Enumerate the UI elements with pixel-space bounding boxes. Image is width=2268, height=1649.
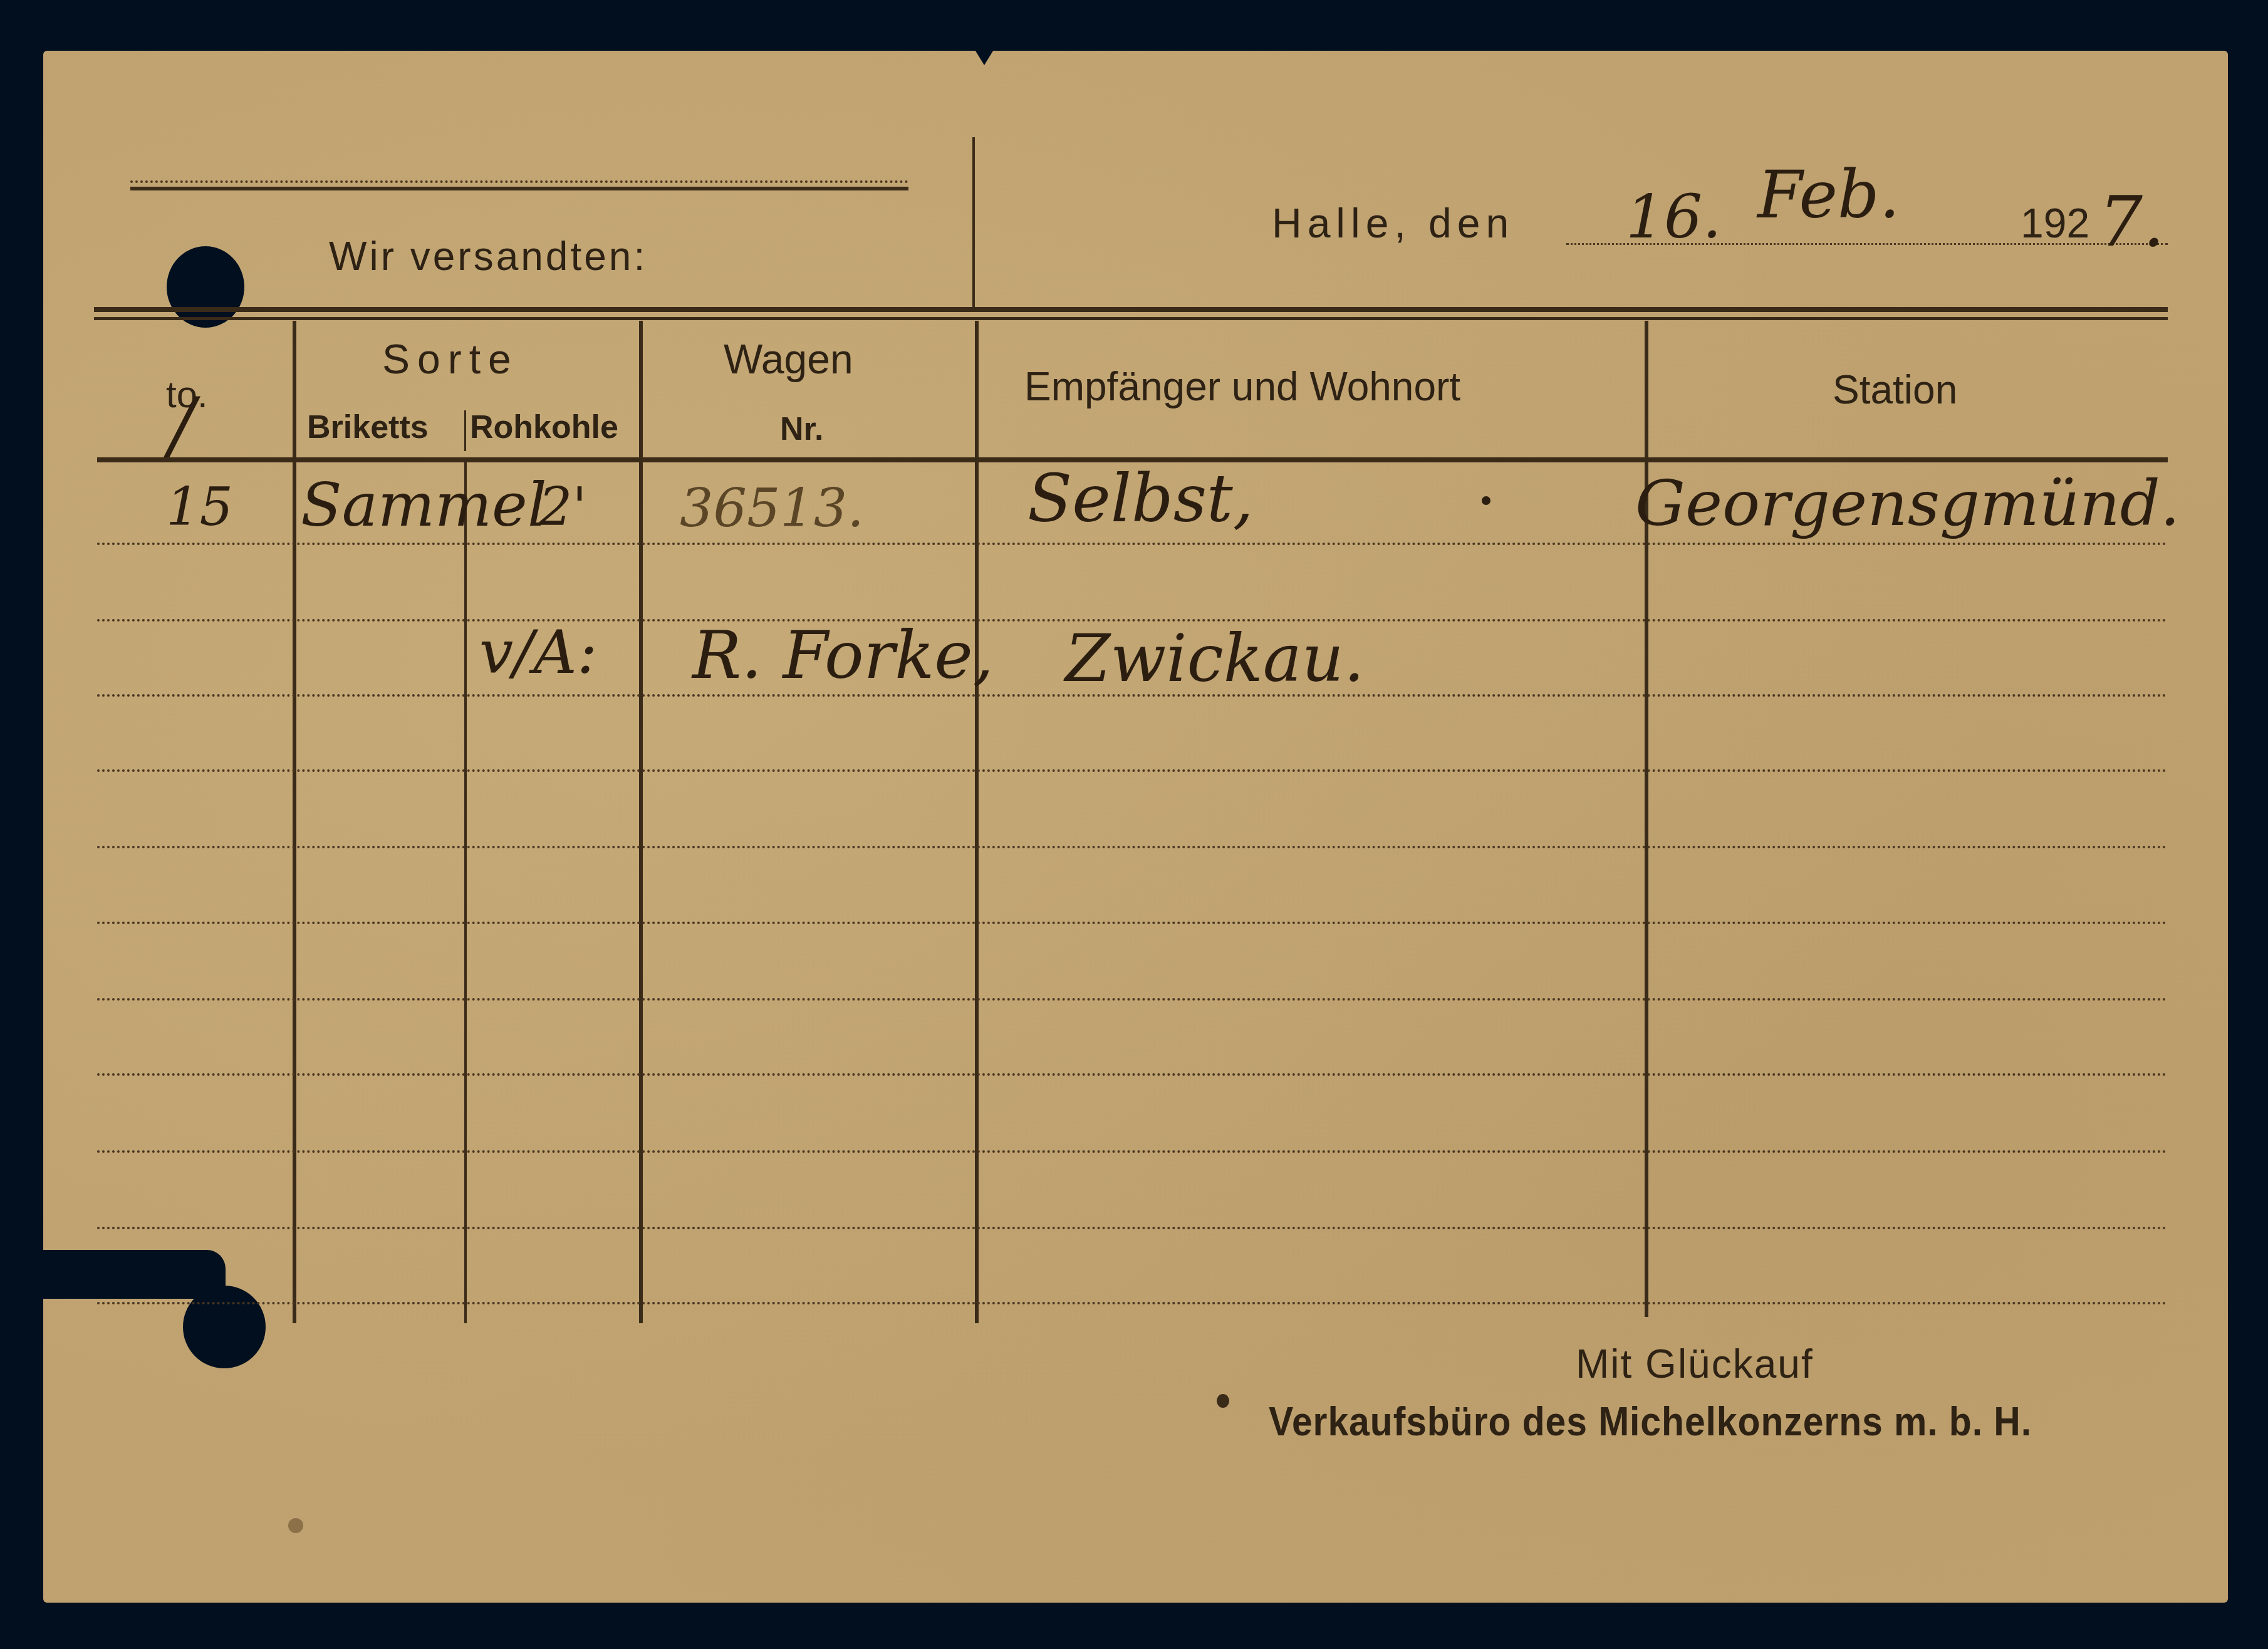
row1-empfaenger: Selbst, [1027, 460, 1254, 537]
row1-rohkohle: 2' [539, 476, 587, 538]
col-line-2 [464, 462, 467, 1323]
top-notch [974, 49, 994, 65]
row-line [97, 543, 2168, 545]
row-line [97, 1227, 2168, 1229]
ink-dot [1482, 496, 1490, 505]
sorte-sub-divider [464, 410, 466, 451]
footer-company: Verkaufsbüro des Michelkonzerns m. b. H. [1269, 1398, 2032, 1445]
col-rohkohle-label: Rohkohle [470, 408, 618, 446]
row2-empfaenger: Zwickau. [1065, 620, 1365, 697]
col-wagen-nr-label: Nr. [780, 410, 823, 448]
row1-wagen: 36513. [680, 477, 864, 539]
footer-greeting: Mit Glückauf [1576, 1341, 1814, 1387]
row-line [97, 1150, 2168, 1153]
col-line-1 [293, 321, 296, 1323]
row1-briketts: Sammel [301, 470, 547, 540]
col-sorte-label: Sorte [382, 335, 519, 383]
ink-dot [1217, 1394, 1229, 1408]
year-prefix: 192 [2021, 199, 2089, 247]
col-briketts-label: Briketts [307, 408, 429, 446]
col-wagen-label: Wagen [724, 335, 853, 383]
date-day: 16. [1626, 182, 1722, 252]
row-line [97, 922, 2168, 924]
col-line-4 [975, 321, 979, 1323]
punch-hole-top [167, 246, 244, 328]
double-rule-bottom [94, 317, 2168, 320]
row-line [97, 769, 2168, 772]
col-line-3 [639, 321, 643, 1323]
row-line [97, 846, 2168, 848]
row2-wagen: R. Forke, [692, 617, 994, 694]
torn-edge [38, 1250, 226, 1299]
sender-dotted-line [130, 180, 908, 183]
row-line [97, 1302, 2168, 1304]
place-label: Halle, den [1272, 199, 1514, 247]
row-line [97, 1073, 2168, 1076]
col-station-label: Station [1833, 367, 1957, 413]
stain-spot [288, 1518, 303, 1533]
col-empfaenger-label: Empfänger und Wohnort [1024, 363, 1460, 410]
header-divider [972, 137, 975, 310]
year-digit: 7. [2099, 182, 2165, 262]
double-rule-top [94, 307, 2168, 312]
sender-label: Wir versandten: [329, 233, 647, 279]
shipping-card [43, 51, 2228, 1603]
col-to-mark: / [169, 382, 194, 469]
row1-station: Georgensgmünd. [1635, 467, 2180, 540]
row2-rohkohle: v/A: [479, 617, 597, 687]
sender-rule [130, 187, 908, 190]
row-line [97, 998, 2168, 1001]
row1-to: 15 [166, 476, 233, 538]
date-month: Feb. [1757, 157, 1900, 233]
